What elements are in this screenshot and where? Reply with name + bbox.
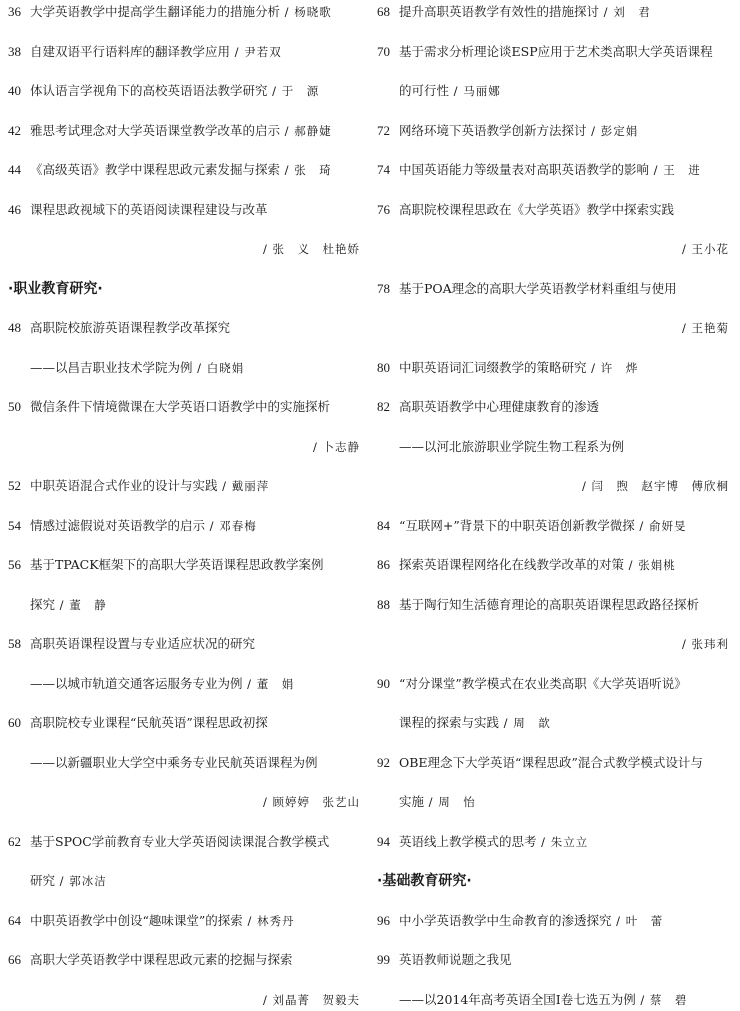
toc-entry[interactable]: 50微信条件下情境微课在大学英语口语教学中的实施探析	[8, 397, 330, 417]
toc-entry[interactable]: 52中职英语混合式作业的设计与实践 / 戴丽萍	[8, 476, 269, 496]
page-number: 74	[377, 160, 399, 180]
page-number: 86	[377, 555, 399, 575]
page-number: 48	[8, 318, 30, 338]
toc-entry[interactable]: 88基于陶行知生活德育理论的高职英语课程思政路径探析	[377, 595, 699, 615]
toc-entry[interactable]: 96中小学英语教学中生命教育的渗透探究 / 叶 蕾	[377, 911, 663, 931]
page-number: 78	[377, 279, 399, 299]
article-title: 中国英语能力等级量表对高职英语教学的影响	[399, 162, 649, 177]
article-author: / 邓春梅	[205, 519, 257, 533]
toc-entry[interactable]: 38自建双语平行语料库的翻译教学应用 / 尹若双	[8, 42, 282, 62]
article-title: 高职院校专业课程“民航英语”课程思政初探	[30, 715, 268, 730]
article-author: / 卜志静	[313, 440, 360, 454]
toc-entry[interactable]: 90“对分课堂”教学模式在农业类高职《大学英语听说》	[377, 674, 687, 694]
article-title: 基于陶行知生活德育理论的高职英语课程思政路径探析	[399, 597, 699, 612]
article-subtitle: ——以城市轨道交通客运服务专业为例	[30, 676, 243, 691]
article-title: 中职英语词汇词缀教学的策略研究	[399, 360, 587, 375]
article-subtitle: ——以新疆职业大学空中乘务专业民航英语课程为例	[30, 755, 318, 770]
page-number: 46	[8, 200, 30, 220]
toc-entry[interactable]: 74中国英语能力等级量表对高职英语教学的影响 / 王 进	[377, 160, 701, 180]
article-author: / 董 娟	[243, 677, 295, 691]
page-number: 44	[8, 160, 30, 180]
article-title: 高职英语教学中心理健康教育的渗透	[399, 399, 599, 414]
toc-entry[interactable]: 78基于POA理念的高职大学英语教学材料重组与使用	[377, 279, 677, 299]
article-title: 基于需求分析理论谈ESP应用于艺术类高职大学英语课程	[399, 44, 713, 59]
page-number: 54	[8, 516, 30, 536]
toc-entry[interactable]: 58高职英语课程设置与专业适应状况的研究	[8, 634, 255, 654]
toc-entry[interactable]: 62基于SPOC学前教育专业大学英语阅读课混合教学模式	[8, 832, 329, 852]
article-author: / 张 义 杜艳娇	[263, 242, 360, 256]
article-title: 体认语言学视角下的高校英语语法教学研究	[30, 83, 268, 98]
toc-entry-continuation: ——以昌吉职业技术学院为例 / 白晓娟	[8, 358, 244, 378]
article-subtitle: 的可行性	[399, 83, 449, 98]
article-subtitle: 探究	[30, 597, 55, 612]
article-title: 基于POA理念的高职大学英语教学材料重组与使用	[399, 281, 677, 296]
page-number: 94	[377, 832, 399, 852]
page-number: 90	[377, 674, 399, 694]
article-title: 课程思政视域下的英语阅读课程建设与改革	[30, 202, 268, 217]
article-author: / 郝静婕	[280, 124, 332, 138]
article-subtitle: ——以2014年高考英语全国I卷七选五为例	[399, 992, 636, 1007]
article-title: 探索英语课程网络化在线教学改革的对策	[399, 557, 624, 572]
article-title: 高职大学英语教学中课程思政元素的挖掘与探索	[30, 952, 293, 967]
toc-entry-continuation: ——以河北旅游职业学院生物工程系为例	[377, 437, 624, 457]
toc-entry[interactable]: 68提升高职英语教学有效性的措施探讨 / 刘 君	[377, 2, 651, 22]
page-number: 70	[377, 42, 399, 62]
page-number: 66	[8, 950, 30, 970]
page-number: 72	[377, 121, 399, 141]
article-title: 基于TPACK框架下的高职大学英语课程思政教学案例	[30, 557, 324, 572]
article-title: 高职英语课程设置与专业适应状况的研究	[30, 636, 255, 651]
article-author-line: / 刘晶菁 贺毅夫	[263, 990, 360, 1010]
article-subtitle: 研究	[30, 873, 55, 888]
article-author: / 郭冰洁	[55, 874, 107, 888]
article-title: 中职英语混合式作业的设计与实践	[30, 478, 218, 493]
page-number: 60	[8, 713, 30, 733]
article-author: / 董 静	[55, 598, 107, 612]
article-title: 网络环境下英语教学创新方法探讨	[399, 123, 587, 138]
article-author: / 顾婷婷 张艺山	[263, 795, 360, 809]
article-author: / 张玮利	[682, 637, 729, 651]
page-number: 96	[377, 911, 399, 931]
article-author: / 尹若双	[230, 45, 282, 59]
toc-entry[interactable]: 56基于TPACK框架下的高职大学英语课程思政教学案例	[8, 555, 324, 575]
page-number: 36	[8, 2, 30, 22]
article-author-line: / 张玮利	[682, 634, 729, 654]
toc-entry[interactable]: 36大学英语教学中提高学生翻译能力的措施分析 / 杨晓歌	[8, 2, 332, 22]
page-number: 84	[377, 516, 399, 536]
article-author: / 许 烨	[587, 361, 639, 375]
section-heading: ·基础教育研究·	[377, 871, 472, 891]
article-title: “对分课堂”教学模式在农业类高职《大学英语听说》	[399, 676, 687, 691]
article-title: 情感过滤假说对英语教学的启示	[30, 518, 205, 533]
article-author: / 张娟桃	[624, 558, 676, 572]
page-number: 40	[8, 81, 30, 101]
page-number: 68	[377, 2, 399, 22]
toc-entry-continuation: ——以新疆职业大学空中乘务专业民航英语课程为例	[8, 753, 318, 773]
article-title: 自建双语平行语料库的翻译教学应用	[30, 44, 230, 59]
toc-entry[interactable]: 70基于需求分析理论谈ESP应用于艺术类高职大学英语课程	[377, 42, 713, 62]
article-title: 大学英语教学中提高学生翻译能力的措施分析	[30, 4, 280, 19]
article-title: 基于SPOC学前教育专业大学英语阅读课混合教学模式	[30, 834, 329, 849]
article-author: / 戴丽萍	[218, 479, 270, 493]
article-author: / 叶 蕾	[612, 914, 664, 928]
toc-entry[interactable]: 64中职英语教学中创设“趣味课堂”的探索 / 林秀丹	[8, 911, 294, 931]
article-author-line: / 顾婷婷 张艺山	[263, 792, 360, 812]
article-author: / 闫 煦 赵宇博 傅欣桐	[582, 479, 729, 493]
toc-entry[interactable]: 72网络环境下英语教学创新方法探讨 / 彭定娟	[377, 121, 638, 141]
section-heading: ·职业教育研究·	[8, 279, 103, 299]
article-author: / 朱立立	[537, 835, 589, 849]
toc-entry-continuation: ——以2014年高考英语全国I卷七选五为例 / 蔡 碧	[377, 990, 687, 1010]
toc-entry-continuation: ——以城市轨道交通客运服务专业为例 / 董 娟	[8, 674, 294, 694]
toc-entry-continuation: 研究 / 郭冰洁	[8, 871, 107, 891]
page-number: 82	[377, 397, 399, 417]
toc-entry[interactable]: 92OBE理念下大学英语“课程思政”混合式教学模式设计与	[377, 753, 703, 773]
article-author-line: / 卜志静	[313, 437, 360, 457]
page-number: 56	[8, 555, 30, 575]
article-title: 提升高职英语教学有效性的措施探讨	[399, 4, 599, 19]
article-title: 雅思考试理念对大学英语课堂教学改革的启示	[30, 123, 280, 138]
page-number: 80	[377, 358, 399, 378]
toc-entry[interactable]: 44《高级英语》教学中课程思政元素发掘与探索 / 张 琦	[8, 160, 332, 180]
toc-entry[interactable]: 46课程思政视域下的英语阅读课程建设与改革	[8, 200, 268, 220]
page-number: 88	[377, 595, 399, 615]
page-number: 76	[377, 200, 399, 220]
article-author-line: / 闫 煦 赵宇博 傅欣桐	[582, 476, 729, 496]
article-author: / 俞妍旻	[635, 519, 687, 533]
article-title: 《高级英语》教学中课程思政元素发掘与探索	[30, 162, 280, 177]
article-subtitle: 课程的探索与实践	[399, 715, 499, 730]
article-author-line: / 王小花	[682, 239, 729, 259]
article-author: / 王艳菊	[682, 321, 729, 335]
toc-entry[interactable]: 48高职院校旅游英语课程教学改革探究	[8, 318, 230, 338]
toc-entry-continuation: 的可行性 / 马丽娜	[377, 81, 501, 101]
toc-entry[interactable]: 80中职英语词汇词缀教学的策略研究 / 许 烨	[377, 358, 638, 378]
page-number: 50	[8, 397, 30, 417]
article-author: / 白晓娟	[193, 361, 245, 375]
article-subtitle: ——以昌吉职业技术学院为例	[30, 360, 193, 375]
article-author-line: / 王艳菊	[682, 318, 729, 338]
page-number: 52	[8, 476, 30, 496]
toc-entry[interactable]: 84“互联网+”背景下的中职英语创新教学微探 / 俞妍旻	[377, 516, 686, 536]
article-author: / 王 进	[649, 163, 701, 177]
article-title: 高职院校课程思政在《大学英语》教学中探索实践	[399, 202, 674, 217]
page-number: 64	[8, 911, 30, 931]
page-number: 99	[377, 950, 399, 970]
article-author: / 王小花	[682, 242, 729, 256]
page-number: 92	[377, 753, 399, 773]
article-author: / 周 怡	[424, 795, 476, 809]
toc-entry[interactable]: 76高职院校课程思政在《大学英语》教学中探索实践	[377, 200, 674, 220]
toc-entry[interactable]: 99英语教师说题之我见	[377, 950, 512, 970]
article-title: 中职英语教学中创设“趣味课堂”的探索	[30, 913, 243, 928]
article-title: 微信条件下情境微课在大学英语口语教学中的实施探析	[30, 399, 330, 414]
article-author: / 蔡 碧	[636, 993, 688, 1007]
article-subtitle: 实施	[399, 794, 424, 809]
toc-entry-continuation: 实施 / 周 怡	[377, 792, 476, 812]
article-title: 中小学英语教学中生命教育的渗透探究	[399, 913, 612, 928]
toc-entry[interactable]: 60高职院校专业课程“民航英语”课程思政初探	[8, 713, 268, 733]
toc-entry[interactable]: 86探索英语课程网络化在线教学改革的对策 / 张娟桃	[377, 555, 676, 575]
article-author: / 马丽娜	[449, 84, 501, 98]
article-author: / 彭定娟	[587, 124, 639, 138]
article-author: / 于 源	[268, 84, 320, 98]
article-author: / 张 琦	[280, 163, 332, 177]
toc-entry[interactable]: 40体认语言学视角下的高校英语语法教学研究 / 于 源	[8, 81, 319, 101]
article-title: 英语教师说题之我见	[399, 952, 512, 967]
article-subtitle: ——以河北旅游职业学院生物工程系为例	[399, 439, 624, 454]
article-title: OBE理念下大学英语“课程思政”混合式教学模式设计与	[399, 755, 703, 770]
toc-entry[interactable]: 66高职大学英语教学中课程思政元素的挖掘与探索	[8, 950, 293, 970]
toc-entry[interactable]: 54情感过滤假说对英语教学的启示 / 邓春梅	[8, 516, 257, 536]
toc-entry[interactable]: 42雅思考试理念对大学英语课堂教学改革的启示 / 郝静婕	[8, 121, 332, 141]
article-author: / 刘 君	[599, 5, 651, 19]
page-number: 42	[8, 121, 30, 141]
toc-entry[interactable]: 94英语线上教学模式的思考 / 朱立立	[377, 832, 588, 852]
article-author: / 周 歆	[499, 716, 551, 730]
page-number: 62	[8, 832, 30, 852]
article-title: “互联网+”背景下的中职英语创新教学微探	[399, 518, 635, 533]
page-number: 58	[8, 634, 30, 654]
toc-entry[interactable]: 82高职英语教学中心理健康教育的渗透	[377, 397, 599, 417]
article-author: / 林秀丹	[243, 914, 295, 928]
page-number: 38	[8, 42, 30, 62]
toc-entry-continuation: 探究 / 董 静	[8, 595, 107, 615]
article-title: 高职院校旅游英语课程教学改革探究	[30, 320, 230, 335]
toc-entry-continuation: 课程的探索与实践 / 周 歆	[377, 713, 551, 733]
article-author: / 刘晶菁 贺毅夫	[263, 993, 360, 1007]
article-author: / 杨晓歌	[280, 5, 332, 19]
article-author-line: / 张 义 杜艳娇	[263, 239, 360, 259]
article-title: 英语线上教学模式的思考	[399, 834, 537, 849]
